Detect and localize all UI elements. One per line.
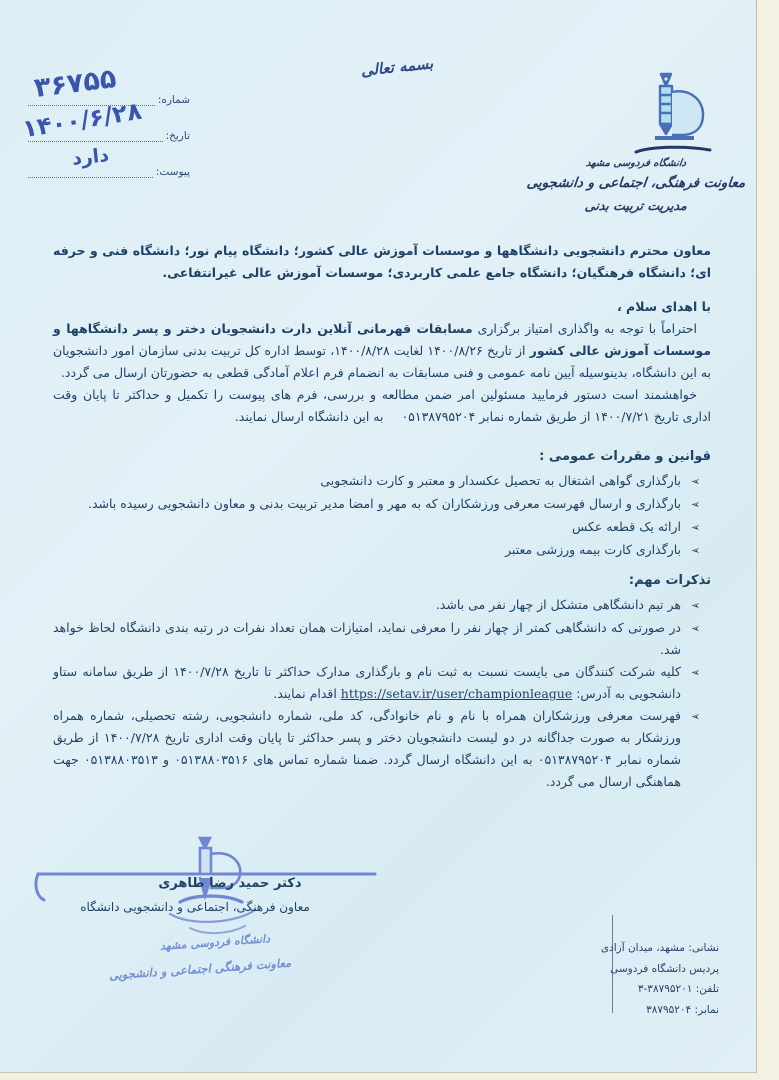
body-paragraph-2: خواهشمند است دستور فرمایید مسئولین امر ض… [53,384,711,428]
addressee-line: معاون محترم دانشجویی دانشگاهها و موسسات … [53,240,711,284]
footer-fax-line: نمابر: ۳۸۷۹۵۲۰۴ [569,1000,719,1021]
footer-contact-block: نشانی: مشهد، میدان آزادی پردیس دانشگاه ف… [569,938,719,1020]
fax-number: ۰۵۱۳۸۷۹۵۲۰۴ [538,749,612,771]
footer-fax-label: نمابر: [691,1004,719,1016]
note4-t2: به این دانشگاه ارسال گردد. ضمنا شماره تم… [248,752,538,767]
university-logo-icon [622,68,718,160]
note3-post: اقدام نمایند. [273,686,340,701]
note-item-text: فهرست معرفی ورزشکاران همراه با نام و نام… [53,705,681,793]
signature-block: دکتر حمید رضا طاهری معاون فرهنگی، اجتماع… [30,836,380,1016]
list-item: ➢ کلیه شرکت کنندگان می بایست نسبت به ثبت… [53,661,711,705]
number-label: شماره: [155,94,190,106]
list-item: ➢ بارگذاری کارت بیمه ورزشی معتبر [53,539,711,562]
rules-title: قوانین و مقررات عمومی : [53,446,711,468]
rules-list: ➢ بارگذاری گواهی اشتغال به تحصیل عکسدار … [53,470,711,562]
contact-phone-2: ۰۵۱۳۸۸۰۳۵۱۳ [84,749,158,771]
official-stamp-icon [30,836,380,1016]
list-item: فهرست معرفی ورزشکاران همراه با نام و نام… [53,705,711,793]
list-item: ➢ در صورتی که دانشگاهی کمتر از چهار نفر … [53,617,711,661]
rule-item-text: بارگذاری و ارسال فهرست معرفی ورزشکاران ک… [53,493,681,516]
university-name: دانشگاه فردوسی مشهد [519,158,753,169]
note-item-text: در صورتی که دانشگاهی کمتر از چهار نفر را… [53,617,681,661]
list-item: ➢ بارگذاری گواهی اشتغال به تحصیل عکسدار … [53,470,711,493]
signer-name: دکتر حمید رضا طاهری [140,876,320,891]
letter-body: معاون محترم دانشجویی دانشگاهها و موسسات … [53,240,711,793]
body2-post: به این دانشگاه ارسال نمایند. [235,409,388,424]
note-item-text: هر تیم دانشگاهی متشکل از چهار نفر می باش… [53,594,681,617]
attachment-label: پیوست: [153,166,190,178]
arrow-bullet-icon: ➢ [681,594,711,617]
arrow-bullet-icon: ➢ [681,539,711,562]
management-name: مدیریت تربیت بدنی [519,198,753,213]
footer-phone-value: ۳-۳۸۷۹۵۲۰۱ [638,979,693,1000]
footer-phone-line: تلفن: ۳-۳۸۷۹۵۲۰۱ [569,979,719,1000]
handwritten-attachment: دارد [71,144,110,170]
footer-phone-label: تلفن: [692,983,719,995]
body-paragraph-1: احتراماً با توجه به واگذاری امتیاز برگزا… [53,318,711,384]
bismillah-calligraphy: بسمه تعالی [341,52,452,81]
note4-t3: و [158,752,174,767]
arrow-bullet-icon: ➢ [681,516,711,539]
arrow-bullet-icon: ➢ [681,617,711,661]
note-item-text: کلیه شرکت کنندگان می بایست نسبت به ثبت ن… [53,661,681,705]
contact-phone-1: ۰۵۱۳۸۸۰۳۵۱۶ [174,749,248,771]
list-item: ➢ هر تیم دانشگاهی متشکل از چهار نفر می ب… [53,594,711,617]
arrow-bullet-icon: ➢ [681,493,711,516]
list-item: ➢ ارائه یک قطعه عکس [53,516,711,539]
notes-title: تذکرات مهم: [53,570,711,592]
footer-address-line2: پردیس دانشگاه فردوسی [569,959,719,980]
rule-item-text: ارائه یک قطعه عکس [53,516,681,539]
salutation: با اهدای سلام ، [53,296,711,318]
vice-chancellery-name: معاونت فرهنگی، اجتماعی و دانشجویی [519,175,753,191]
footer-fax-value: ۳۸۷۹۵۲۰۴ [646,1000,691,1021]
org-block: دانشگاه فردوسی مشهد معاونت فرهنگی، اجتما… [520,158,752,213]
registration-link[interactable]: https://setav.ir/user/championleague [341,683,572,705]
list-item: ➢ بارگذاری و ارسال فهرست معرفی ورزشکاران… [53,493,711,516]
signer-title: معاون فرهنگی، اجتماعی و دانشجویی دانشگاه [35,900,355,914]
footer-address-line1: نشانی: مشهد، میدان آزادی [569,938,719,959]
arrow-bullet-icon: ➢ [681,705,711,793]
arrow-bullet-icon: ➢ [681,661,711,705]
letter-page: شماره: تاریخ: پیوست: ۳۶۷۵۵ ۱۴۰۰/۶/۲۸ دار… [0,0,757,1073]
fax-number: ۰۵۱۳۸۷۹۵۲۰۴ [387,406,475,428]
body1-pre: احتراماً با توجه به واگذاری امتیاز برگزا… [473,321,697,336]
notes-list: ➢ هر تیم دانشگاهی متشکل از چهار نفر می ب… [53,594,711,793]
rule-item-text: بارگذاری کارت بیمه ورزشی معتبر [53,539,681,562]
date-label: تاریخ: [163,130,190,142]
arrow-bullet-icon: ➢ [681,470,711,493]
rule-item-text: بارگذاری گواهی اشتغال به تحصیل عکسدار و … [53,470,681,493]
